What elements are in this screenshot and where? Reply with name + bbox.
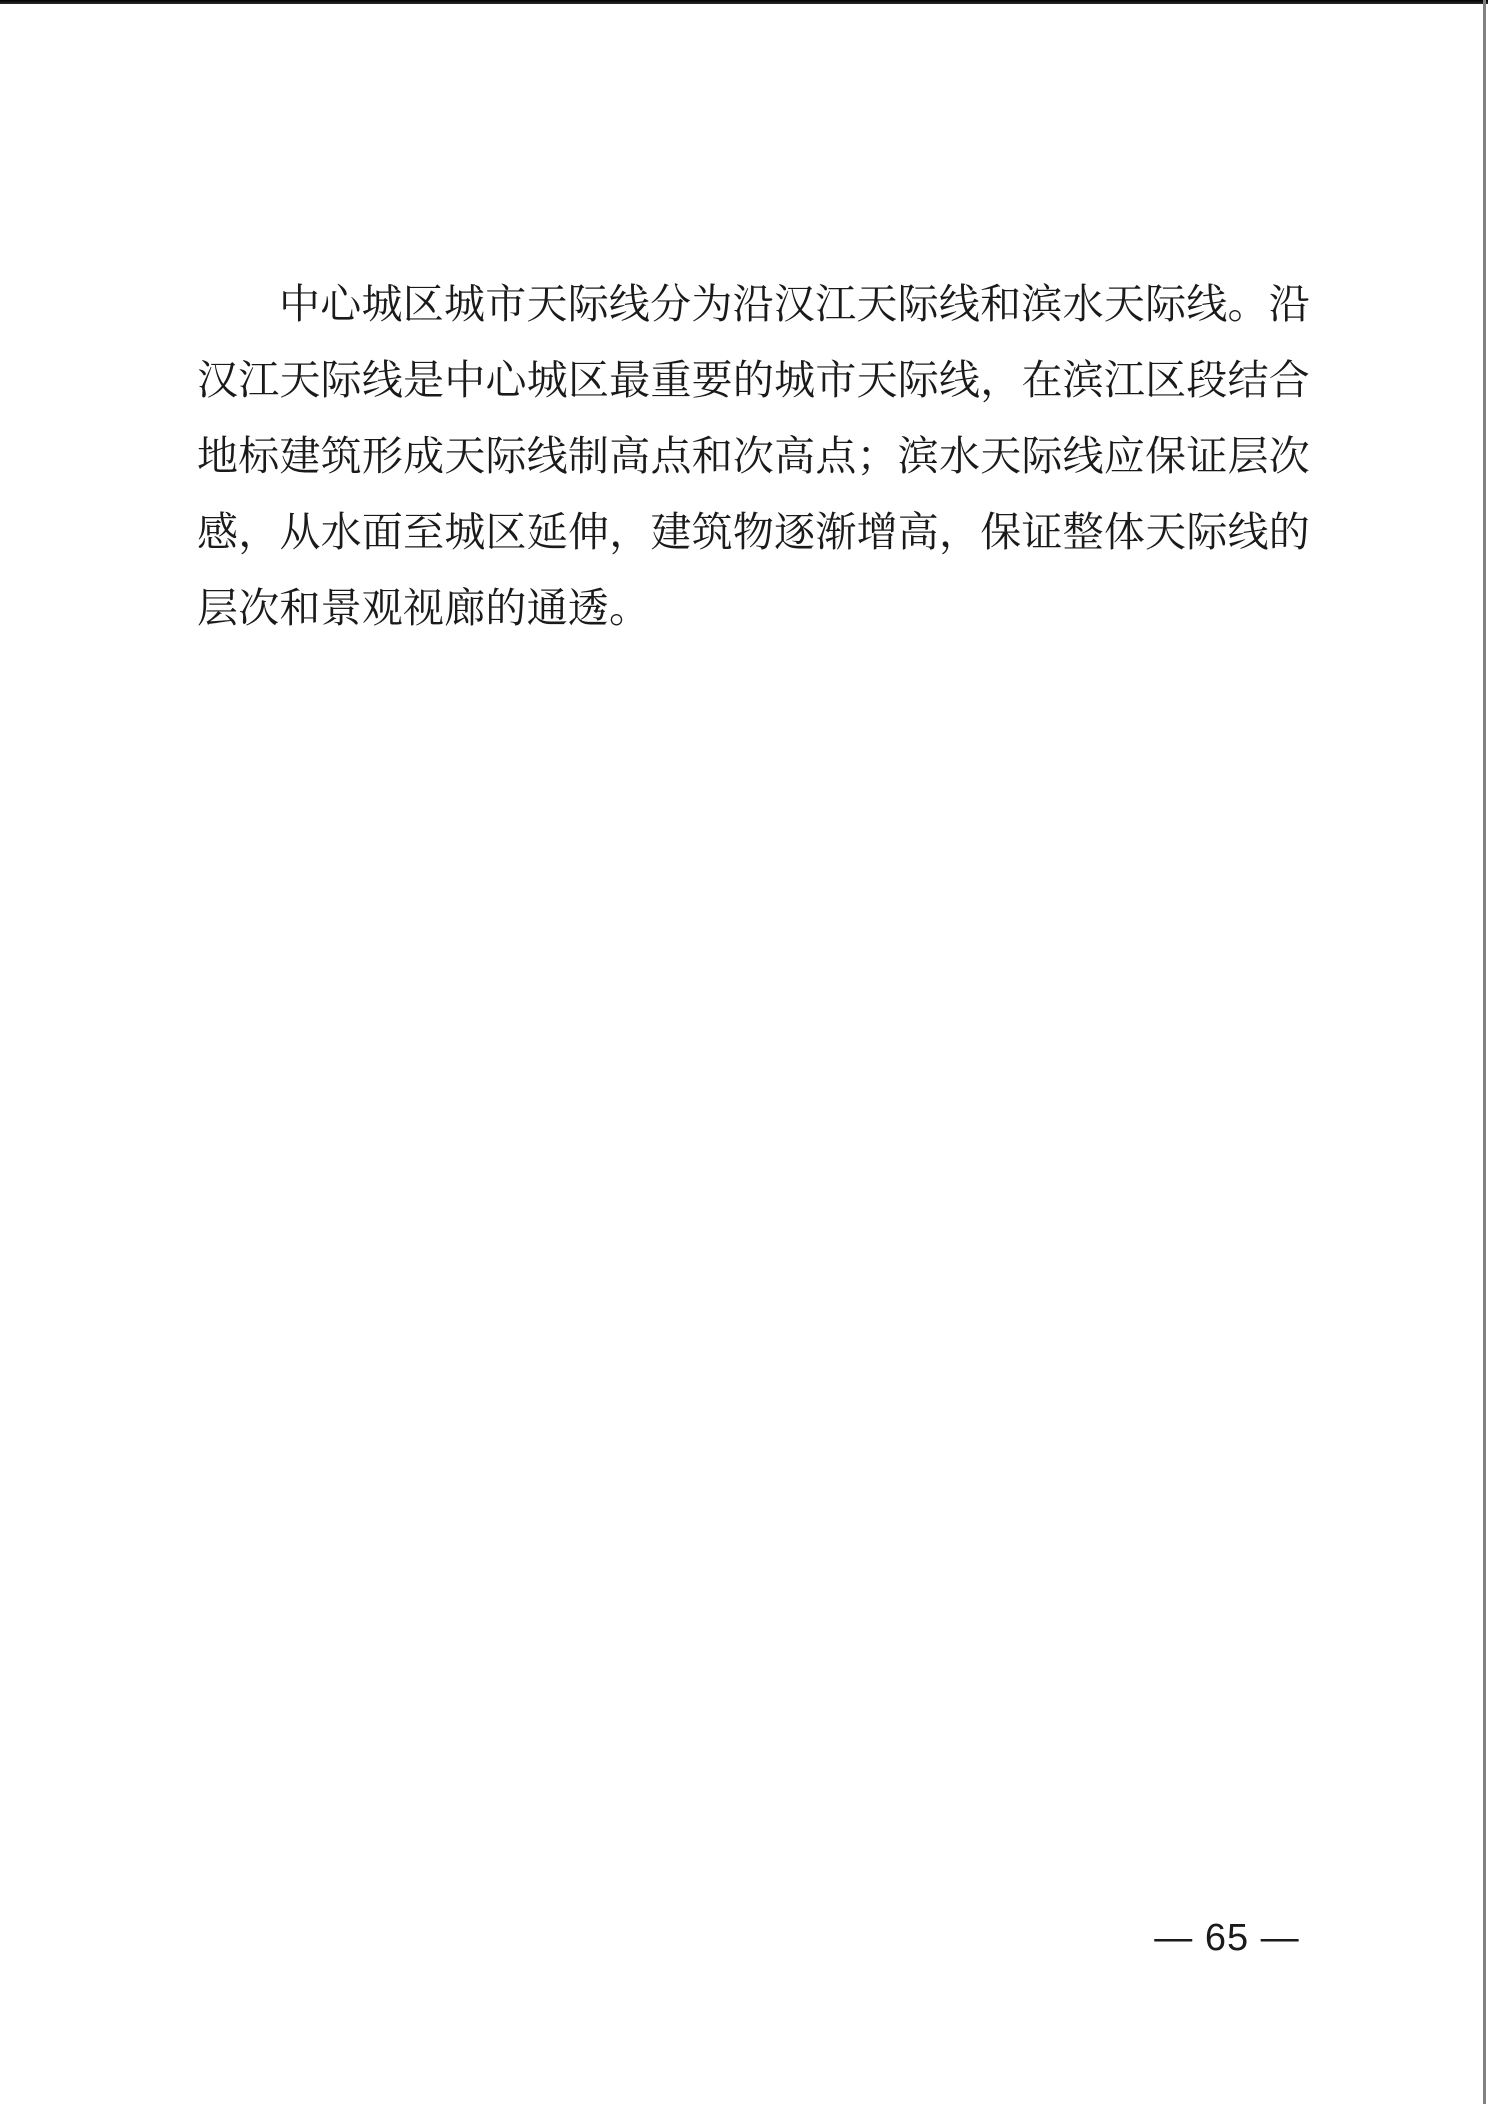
paragraph-line-1: 中心城区城市天际线分为沿汉江天际线和滨水天际线。沿 [197,266,1310,342]
body-paragraph: 中心城区城市天际线分为沿汉江天际线和滨水天际线。沿 汉江天际线是中心城区最重要的… [197,266,1310,646]
paragraph-line-2: 汉江天际线是中心城区最重要的城市天际线，在滨江区段结合 [197,342,1310,418]
page-number: — 65 — [1148,1916,1306,1960]
document-page: 中心城区城市天际线分为沿汉江天际线和滨水天际线。沿 汉江天际线是中心城区最重要的… [0,0,1488,2104]
scan-top-edge-bar [0,0,1488,4]
paragraph-line-3: 地标建筑形成天际线制高点和次高点；滨水天际线应保证层次 [197,418,1310,494]
scan-right-edge-line [1483,0,1486,2104]
paragraph-line-5: 层次和景观视廊的通透。 [197,570,1310,646]
paragraph-line-4: 感，从水面至城区延伸，建筑物逐渐增高，保证整体天际线的 [197,494,1310,570]
